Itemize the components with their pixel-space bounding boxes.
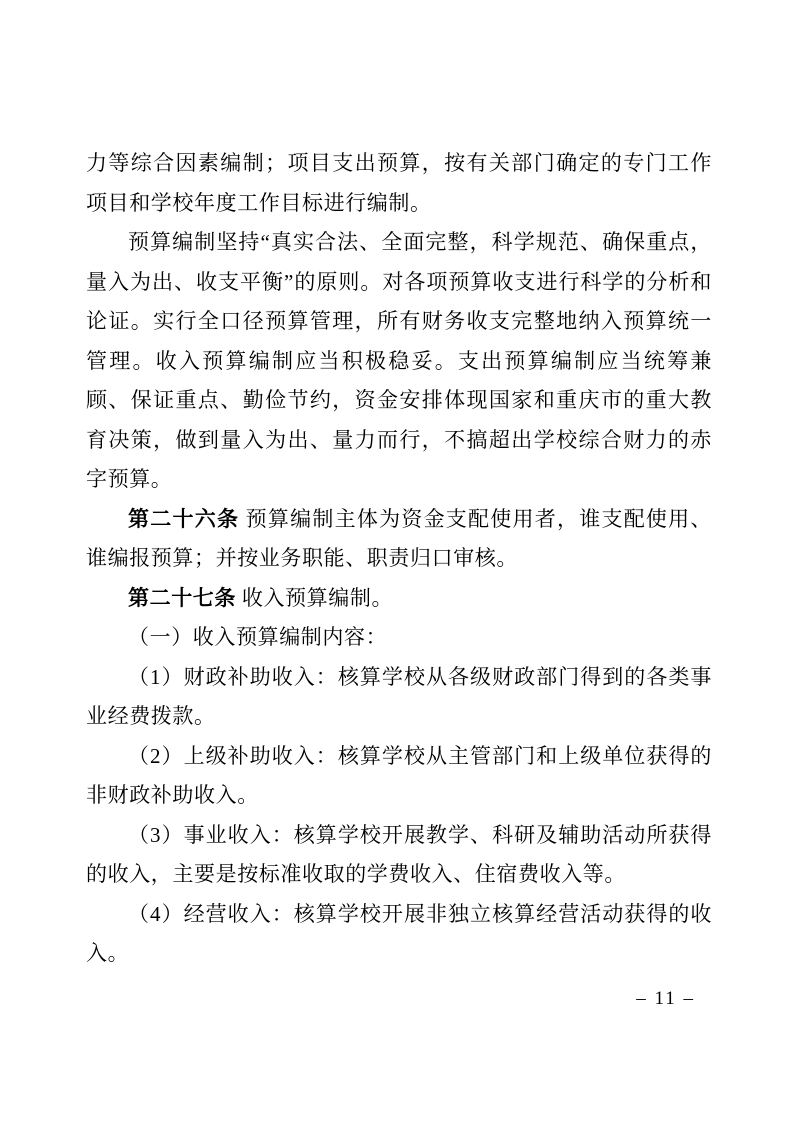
paragraph: （2）上级补助收入：核算学校从主管部门和上级单位获得的非财政补助收入。 <box>86 737 712 816</box>
paragraph-text: 力等综合因素编制；项目支出预算，按有关部门确定的专门工作项目和学校年度工作目标进… <box>86 151 712 215</box>
paragraph: 第二十七条 收入预算编制。 <box>86 579 712 619</box>
paragraph-text: （4）经营收入：核算学校开展非独立核算经营活动获得的收入。 <box>86 902 712 966</box>
document-body: 力等综合因素编制；项目支出预算，按有关部门确定的专门工作项目和学校年度工作目标进… <box>86 144 712 974</box>
paragraph: 力等综合因素编制；项目支出预算，按有关部门确定的专门工作项目和学校年度工作目标进… <box>86 144 712 223</box>
article-term: 第二十七条 <box>128 586 236 610</box>
paragraph-text: 收入预算编制。 <box>236 586 393 610</box>
paragraph: （一）收入预算编制内容： <box>86 618 712 658</box>
paragraph: 第二十六条 预算编制主体为资金支配使用者，谁支配使用、谁编报预算；并按业务职能、… <box>86 500 712 579</box>
paragraph: 预算编制坚持“真实合法、全面完整，科学规范、确保重点，量入为出、收支平衡”的原则… <box>86 223 712 500</box>
paragraph-text: （2）上级补助收入：核算学校从主管部门和上级单位获得的非财政补助收入。 <box>86 744 712 808</box>
paragraph-text: （1）财政补助收入：核算学校从各级财政部门得到的各类事业经费拨款。 <box>86 665 712 729</box>
article-term: 第二十六条 <box>128 507 239 531</box>
paragraph: （1）财政补助收入：核算学校从各级财政部门得到的各类事业经费拨款。 <box>86 658 712 737</box>
document-page: 力等综合因素编制；项目支出预算，按有关部门确定的专门工作项目和学校年度工作目标进… <box>0 0 794 1123</box>
paragraph-text: 预算编制坚持“真实合法、全面完整，科学规范、确保重点，量入为出、收支平衡”的原则… <box>86 230 712 491</box>
paragraph: （4）经营收入：核算学校开展非独立核算经营活动获得的收入。 <box>86 895 712 974</box>
paragraph-text: （3）事业收入：核算学校开展教学、科研及辅助活动所获得的收入，主要是按标准收取的… <box>86 823 712 887</box>
paragraph-text: （一）收入预算编制内容： <box>128 625 387 649</box>
paragraph: （3）事业收入：核算学校开展教学、科研及辅助活动所获得的收入，主要是按标准收取的… <box>86 816 712 895</box>
page-number: – 11 – <box>636 988 695 1010</box>
